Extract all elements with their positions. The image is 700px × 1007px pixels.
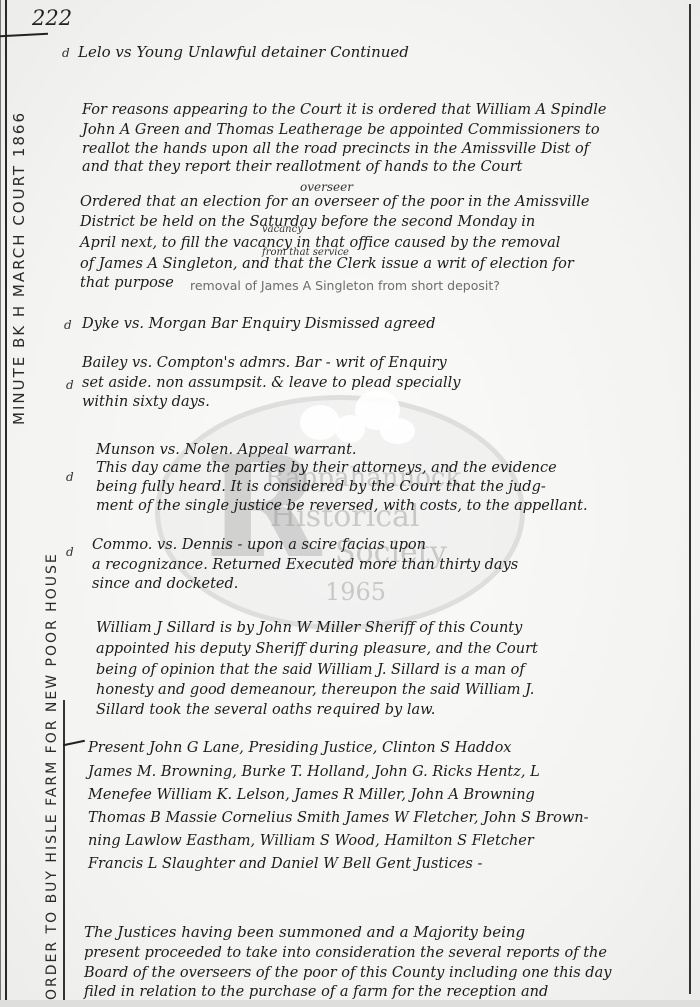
justices-present-line: ning Lawlow Eastham, William S Wood, Ham… — [88, 831, 534, 851]
order-line: honesty and good demeanour, thereupon th… — [96, 680, 534, 700]
poor-house-order-line: Board of the overseers of the poor of th… — [84, 963, 611, 983]
order-line: reallot the hands upon all the road prec… — [82, 139, 589, 159]
document-page: R Rappahannock Historical Society 1965 2… — [0, 0, 700, 1007]
order-line: John A Green and Thomas Leatherage be ap… — [82, 120, 600, 140]
order-line: District be held on the Saturday before … — [80, 212, 535, 232]
margin-note-poor-house: ORDER TO BUY HISLE FARM FOR NEW POOR HOU… — [44, 552, 60, 1000]
order-line: William J Sillard is by John W Miller Sh… — [96, 618, 522, 638]
docket-mark: d — [66, 470, 74, 484]
order-line: and that they report their reallotment o… — [82, 157, 522, 177]
watermark-year: 1965 — [325, 580, 386, 604]
order-line: within sixty days. — [82, 392, 210, 412]
docket-mark: d — [62, 46, 70, 60]
docket-mark: d — [66, 545, 74, 559]
margin-note-minute-book: MINUTE BK H MARCH COURT 1866 — [10, 111, 28, 425]
dogwood-flower-icon — [300, 390, 420, 445]
header-rule — [0, 33, 48, 38]
order-line: For reasons appearing to the Court it is… — [82, 100, 606, 120]
order-line: Sillard took the several oaths required … — [96, 700, 435, 720]
justices-present-line: Thomas B Massie Cornelius Smith James W … — [88, 808, 588, 828]
page-number: 222 — [32, 6, 72, 30]
order-line: This day came the parties by their attor… — [96, 458, 557, 478]
order-line: being of opinion that the said William J… — [96, 660, 525, 680]
justices-present-line: James M. Browning, Burke T. Holland, Joh… — [88, 762, 540, 782]
page-edge — [0, 0, 1, 1007]
poor-house-order-line: present proceeded to take into considera… — [84, 943, 607, 963]
case-commonwealth-v-dennis: Commo. vs. Dennis - upon a scire facias … — [92, 535, 426, 555]
poor-house-order-line: The Justices having been summoned and a … — [84, 922, 525, 942]
poor-house-order-line: filed in relation to the purchase of a f… — [84, 982, 548, 1002]
order-line: that purpose — [80, 273, 174, 293]
justices-present-line: Francis L Slaughter and Daniel W Bell Ge… — [88, 854, 482, 874]
docket-mark: d — [66, 378, 74, 392]
case-dyke-v-morgan: Dyke vs. Morgan Bar Enquiry Dismissed ag… — [82, 314, 436, 334]
order-line: set aside. non assumpsit. & leave to ple… — [82, 373, 460, 393]
case-heading-lelo-v-young: Lelo vs Young Unlawful detainer Continue… — [78, 42, 409, 62]
order-line: appointed his deputy Sheriff during plea… — [96, 639, 538, 659]
order-line: since and docketed. — [92, 574, 238, 594]
justices-present-line: Present John G Lane, Presiding Justice, … — [88, 738, 512, 758]
case-bailey-v-compton: Bailey vs. Compton's admrs. Bar - writ o… — [82, 353, 447, 373]
left-margin-rule — [5, 0, 7, 1000]
order-line: ment of the single justice be reversed, … — [96, 496, 588, 516]
margin-bracket-tick — [63, 740, 85, 747]
case-munson-v-nolen: Munson vs. Nolen. Appeal warrant. — [96, 440, 357, 460]
order-line: a recognizance. Returned Executed more t… — [92, 555, 518, 575]
docket-mark: d — [64, 318, 72, 332]
order-line: Ordered that an election for an overseer… — [80, 192, 590, 212]
right-margin-rule — [689, 4, 691, 994]
pencil-annotation: removal of James A Singleton from short … — [190, 278, 500, 293]
justices-present-line: Menefee William K. Lelson, James R Mille… — [88, 785, 535, 805]
order-line: being fully heard. It is considered by t… — [96, 477, 546, 497]
order-line: of James A Singleton, and that the Clerk… — [80, 254, 574, 274]
